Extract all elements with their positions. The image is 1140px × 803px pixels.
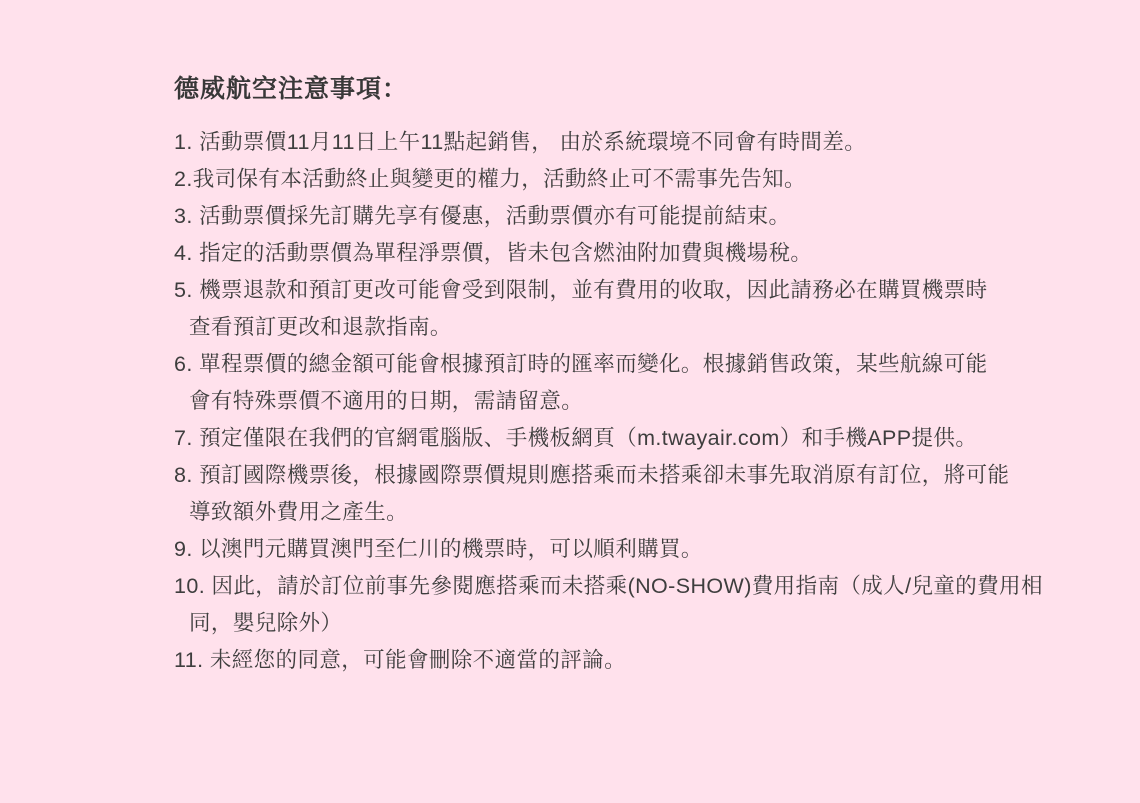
notice-line: 10. 因此，請於訂位前事先參閱應搭乘而未搭乘(NO-SHOW)費用指南（成人/… xyxy=(174,568,1094,605)
notice-item: 8. 預訂國際機票後，根據國際票價規則應搭乘而未搭乘卻未事先取消原有訂位，將可能… xyxy=(174,457,1094,531)
notice-line: 7. 預定僅限在我們的官網電腦版、手機板網頁（m.twayair.com）和手機… xyxy=(174,420,1094,457)
notice-item: 4. 指定的活動票價為單程淨票價，皆未包含燃油附加費與機場稅。 xyxy=(174,235,1094,272)
notice-line: 導致額外費用之產生。 xyxy=(189,494,1094,531)
notice-line: 11. 未經您的同意，可能會刪除不適當的評論。 xyxy=(174,642,1094,679)
notice-item: 11. 未經您的同意，可能會刪除不適當的評論。 xyxy=(174,642,1094,679)
notice-item: 5. 機票退款和預訂更改可能會受到限制，並有費用的收取，因此請務必在購買機票時查… xyxy=(174,272,1094,346)
notice-items: 1. 活動票價11月11日上午11點起銷售， 由於系統環境不同會有時間差。2.我… xyxy=(174,124,1094,679)
notice-title: 德威航空注意事項： xyxy=(174,74,1094,104)
notice: 德威航空注意事項： 1. 活動票價11月11日上午11點起銷售， 由於系統環境不… xyxy=(174,74,1094,679)
notice-line: 2.我司保有本活動終止與變更的權力，活動終止可不需事先告知。 xyxy=(174,161,1094,198)
notice-item: 2.我司保有本活動終止與變更的權力，活動終止可不需事先告知。 xyxy=(174,161,1094,198)
notice-line: 同，嬰兒除外） xyxy=(189,605,1094,642)
notice-line: 查看預訂更改和退款指南。 xyxy=(189,309,1094,346)
notice-page: { "page": { "background_color": "#ffe1ec… xyxy=(0,0,1140,803)
notice-line: 5. 機票退款和預訂更改可能會受到限制，並有費用的收取，因此請務必在購買機票時 xyxy=(174,272,1094,309)
notice-line: 9. 以澳門元購買澳門至仁川的機票時，可以順利購買。 xyxy=(174,531,1094,568)
notice-line: 8. 預訂國際機票後，根據國際票價規則應搭乘而未搭乘卻未事先取消原有訂位，將可能 xyxy=(174,457,1094,494)
notice-line: 6. 單程票價的總金額可能會根據預訂時的匯率而變化。根據銷售政策，某些航線可能 xyxy=(174,346,1094,383)
notice-item: 1. 活動票價11月11日上午11點起銷售， 由於系統環境不同會有時間差。 xyxy=(174,124,1094,161)
notice-line: 3. 活動票價採先訂購先享有優惠，活動票價亦有可能提前結束。 xyxy=(174,198,1094,235)
notice-item: 3. 活動票價採先訂購先享有優惠，活動票價亦有可能提前結束。 xyxy=(174,198,1094,235)
notice-item: 7. 預定僅限在我們的官網電腦版、手機板網頁（m.twayair.com）和手機… xyxy=(174,420,1094,457)
notice-item: 6. 單程票價的總金額可能會根據預訂時的匯率而變化。根據銷售政策，某些航線可能會… xyxy=(174,346,1094,420)
notice-item: 9. 以澳門元購買澳門至仁川的機票時，可以順利購買。 xyxy=(174,531,1094,568)
notice-line: 1. 活動票價11月11日上午11點起銷售， 由於系統環境不同會有時間差。 xyxy=(174,124,1094,161)
notice-line: 會有特殊票價不適用的日期，需請留意。 xyxy=(189,383,1094,420)
notice-line: 4. 指定的活動票價為單程淨票價，皆未包含燃油附加費與機場稅。 xyxy=(174,235,1094,272)
notice-item: 10. 因此，請於訂位前事先參閱應搭乘而未搭乘(NO-SHOW)費用指南（成人/… xyxy=(174,568,1094,642)
